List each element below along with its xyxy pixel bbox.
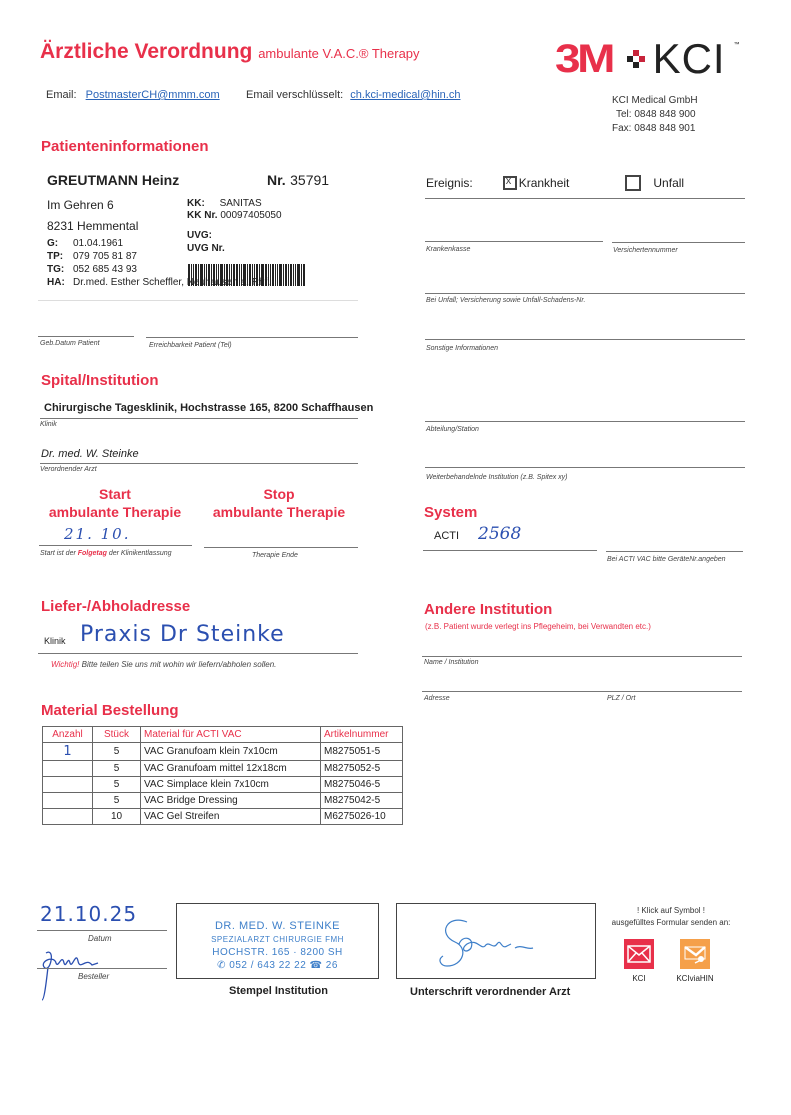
krankheit-label: Krankheit [519,176,570,190]
artikel-cell: M8275052-5 [321,761,403,777]
company-name: KCI Medical GmbH [612,94,698,108]
artikel-cell: M6275026-10 [321,809,403,825]
uvg-nr-label: UVG Nr. [187,243,225,254]
stamp-line4: ✆ 052 / 643 22 22 ☎ 26 [177,959,378,972]
delivery-note: Wichtig! Bitte teilen Sie uns mit wohin … [51,660,276,669]
section-system-title: System [424,504,477,521]
col-artikel: Artikelnummer [321,727,403,743]
weiter-caption: Weiterbehandelnde Institution (z.B. Spit… [426,474,568,481]
abteilung-caption: Abteilung/Station [426,426,479,433]
tg-label: TG: [47,264,73,275]
uvg-label: UVG: [187,230,212,241]
patient-kk-nr: KK Nr. 00097405050 [187,210,282,221]
other-address-caption: Adresse [424,695,450,702]
signature-box [396,903,596,979]
system-label: ACTI [434,530,459,542]
kk-nr-label: KK Nr. [187,210,218,221]
artikel-cell: M8275051-5 [321,743,403,761]
section-spital-title: Spital/Institution [41,372,159,389]
anzahl-cell[interactable] [43,809,93,825]
start-date-value[interactable]: 21. 10. [64,525,130,543]
birthdate-caption: Geb.Datum Patient [40,340,100,347]
unfall-caption: Bei Unfall; Versicherung sowie Unfall-Sc… [426,297,585,304]
g-label: G: [47,238,73,249]
table-row: 5VAC Bridge DressingM8275042-5 [43,793,403,809]
g-value: 01.04.1961 [73,238,123,249]
material-header-row: Anzahl Stück Material für ACTI VAC Artik… [43,727,403,743]
logo-3m: 3M [555,37,612,82]
col-material: Material für ACTI VAC [141,727,321,743]
delivery-klinik-label: Klinik [44,636,66,646]
sonstige-caption: Sonstige Informationen [426,345,498,352]
logo-kci: KCI [653,35,726,83]
signature-caption: Unterschrift verordnender Arzt [410,986,570,998]
artikel-cell: M8275046-5 [321,777,403,793]
tp-label: TP: [47,251,73,262]
envelope-key-icon[interactable] [680,939,710,969]
system-caption: Bei ACTI VAC bitte GeräteNr.angeben [607,556,726,563]
delivery-address-value[interactable]: Praxis Dr Steinke [80,622,285,647]
stueck-cell: 5 [93,777,141,793]
section-other-title: Andere Institution [424,601,552,618]
stamp-line3: HOCHSTR. 165 · 8200 SH [177,946,378,959]
kk-value: SANITAS [220,198,262,209]
logo-tm: ™ [734,42,740,48]
anzahl-cell[interactable] [43,793,93,809]
patient-nr-value: 35791 [290,172,329,188]
material-cell: VAC Simplace klein 7x10cm [141,777,321,793]
besteller-caption: Besteller [78,972,109,981]
anzahl-cell[interactable]: 1 [43,743,93,761]
doctor-signature [397,904,597,980]
arzt-caption: Verordnender Arzt [40,466,97,473]
start-caption: Start ist der Folgetag der Klinikentlass… [40,550,172,557]
start-line2: ambulante Therapie [40,503,190,521]
anzahl-cell[interactable] [43,777,93,793]
arzt-value: Dr. med. W. Steinke [41,448,139,460]
stamp-line1: DR. MED. W. STEINKE [177,920,378,933]
phone-caption: Erreichbarkeit Patient (Tel) [149,342,232,349]
versichertennummer-caption: Versichertennummer [613,247,678,254]
stop-therapy-title: Stop ambulante Therapie [204,485,354,521]
patient-kk: KK: SANITAS [187,198,262,209]
table-row: 5VAC Granufoam mittel 12x18cmM8275052-5 [43,761,403,777]
material-cell: VAC Granufoam klein 7x10cm [141,743,321,761]
send-kci-label[interactable]: KCI [624,974,654,983]
system-device-number[interactable]: 2568 [478,524,521,544]
material-table: Anzahl Stück Material für ACTI VAC Artik… [42,726,403,825]
patient-phone-private: TP:079 705 81 87 [47,251,137,262]
patient-phone-business: TG:052 685 43 93 [47,264,137,275]
stop-line2: ambulante Therapie [204,503,354,521]
section-material-title: Material Bestellung [41,702,179,719]
title-subtitle: ambulante V.A.C.® Therapy [258,46,419,61]
section-patient-title: Patienteninformationen [41,138,209,155]
send-line2: ausgefülltes Formular senden an: [606,917,736,929]
stamp-line2: SPEZIALARZT CHIRURGIE FMH [177,933,378,946]
stamp-box: DR. MED. W. STEINKE SPEZIALARZT CHIRURGI… [176,903,379,979]
email-encrypted-label: Email verschlüsselt: [246,89,343,101]
tg-value: 052 685 43 93 [73,264,137,275]
tp-value: 079 705 81 87 [73,251,137,262]
klinik-caption: Klinik [40,421,57,428]
checkbox-unfall[interactable] [625,175,641,191]
send-instructions: ! Klick auf Symbol ! ausgefülltes Formul… [606,905,736,929]
order-date-value[interactable]: 21.10.25 [40,902,137,926]
delivery-note-important: Wichtig! [51,660,79,669]
section-delivery-title: Liefer-/Abholadresse [41,598,190,615]
company-fax: Fax: 0848 848 901 [612,122,698,136]
klinik-value: Chirurgische Tagesklinik, Hochstrasse 16… [44,402,373,414]
start-therapy-title: Start ambulante Therapie [40,485,190,521]
stamp-caption: Stempel Institution [229,985,328,997]
date-caption: Datum [88,934,112,943]
email-encrypted-link[interactable]: ch.kci-medical@hin.ch [350,89,460,101]
material-cell: VAC Bridge Dressing [141,793,321,809]
email-link[interactable]: PostmasterCH@mmm.com [86,89,220,101]
col-stueck: Stück [93,727,141,743]
table-row: 15VAC Granufoam klein 7x10cmM8275051-5 [43,743,403,761]
stueck-cell: 10 [93,809,141,825]
table-row: 5VAC Simplace klein 7x10cmM8275046-5 [43,777,403,793]
stueck-cell: 5 [93,793,141,809]
stueck-cell: 5 [93,743,141,761]
other-subtitle: (z.B. Patient wurde verlegt ins Pflegehe… [425,622,651,631]
anzahl-cell[interactable] [43,761,93,777]
email-label: Email: [46,89,77,101]
stop-line1: Stop [204,485,354,503]
logo-3m-kci: 3M KCI ™ [555,38,740,80]
start-line1: Start [40,485,190,503]
stueck-cell: 5 [93,761,141,777]
col-anzahl: Anzahl [43,727,93,743]
envelope-icon[interactable] [624,939,654,969]
ha-label: HA: [47,277,73,288]
patient-city: 8231 Hemmental [47,219,138,233]
material-cell: VAC Gel Streifen [141,809,321,825]
patient-street: Im Gehren 6 [47,198,114,212]
company-tel: Tel: 0848 848 900 [612,108,698,122]
patient-number: Nr. 35791 [267,172,329,190]
table-row: 10VAC Gel StreifenM6275026-10 [43,809,403,825]
material-cell: VAC Granufoam mittel 12x18cm [141,761,321,777]
krankenkasse-caption: Krankenkasse [426,246,470,253]
stop-caption: Therapie Ende [252,552,298,559]
other-plz-caption: PLZ / Ort [607,695,635,702]
event-label: Ereignis: [426,176,473,190]
email-encrypted-row: Email verschlüsselt: ch.kci-medical@hin.… [246,89,460,101]
logo-plus-icon [627,50,645,68]
barcode [188,264,336,286]
kk-label: KK: [187,198,205,209]
patient-birthdate: G:01.04.1961 [47,238,123,249]
kk-nr-value: 00097405050 [220,210,281,221]
unfall-label: Unfall [653,176,684,190]
patient-nr-label: Nr. [267,172,286,188]
form-title: Ärztliche Verordnung ambulante V.A.C.® T… [40,40,420,64]
other-name-caption: Name / Institution [424,659,478,666]
event-row: Ereignis: x Krankheit Unfall [426,175,684,191]
send-kciviahin-label[interactable]: KCIviaHIN [670,974,720,983]
email-row: Email: PostmasterCH@mmm.com [46,89,220,101]
stamp-content: DR. MED. W. STEINKE SPEZIALARZT CHIRURGI… [177,920,378,972]
title-main: Ärztliche Verordnung [40,40,252,63]
send-line1: ! Klick auf Symbol ! [606,905,736,917]
company-info: KCI Medical GmbH Tel: 0848 848 900 Fax: … [612,94,698,136]
checkbox-krankheit[interactable]: x [503,176,517,190]
delivery-note-text: Bitte teilen Sie uns mit wohin wir liefe… [79,660,276,669]
artikel-cell: M8275042-5 [321,793,403,809]
patient-name: GREUTMANN Heinz [47,172,179,188]
